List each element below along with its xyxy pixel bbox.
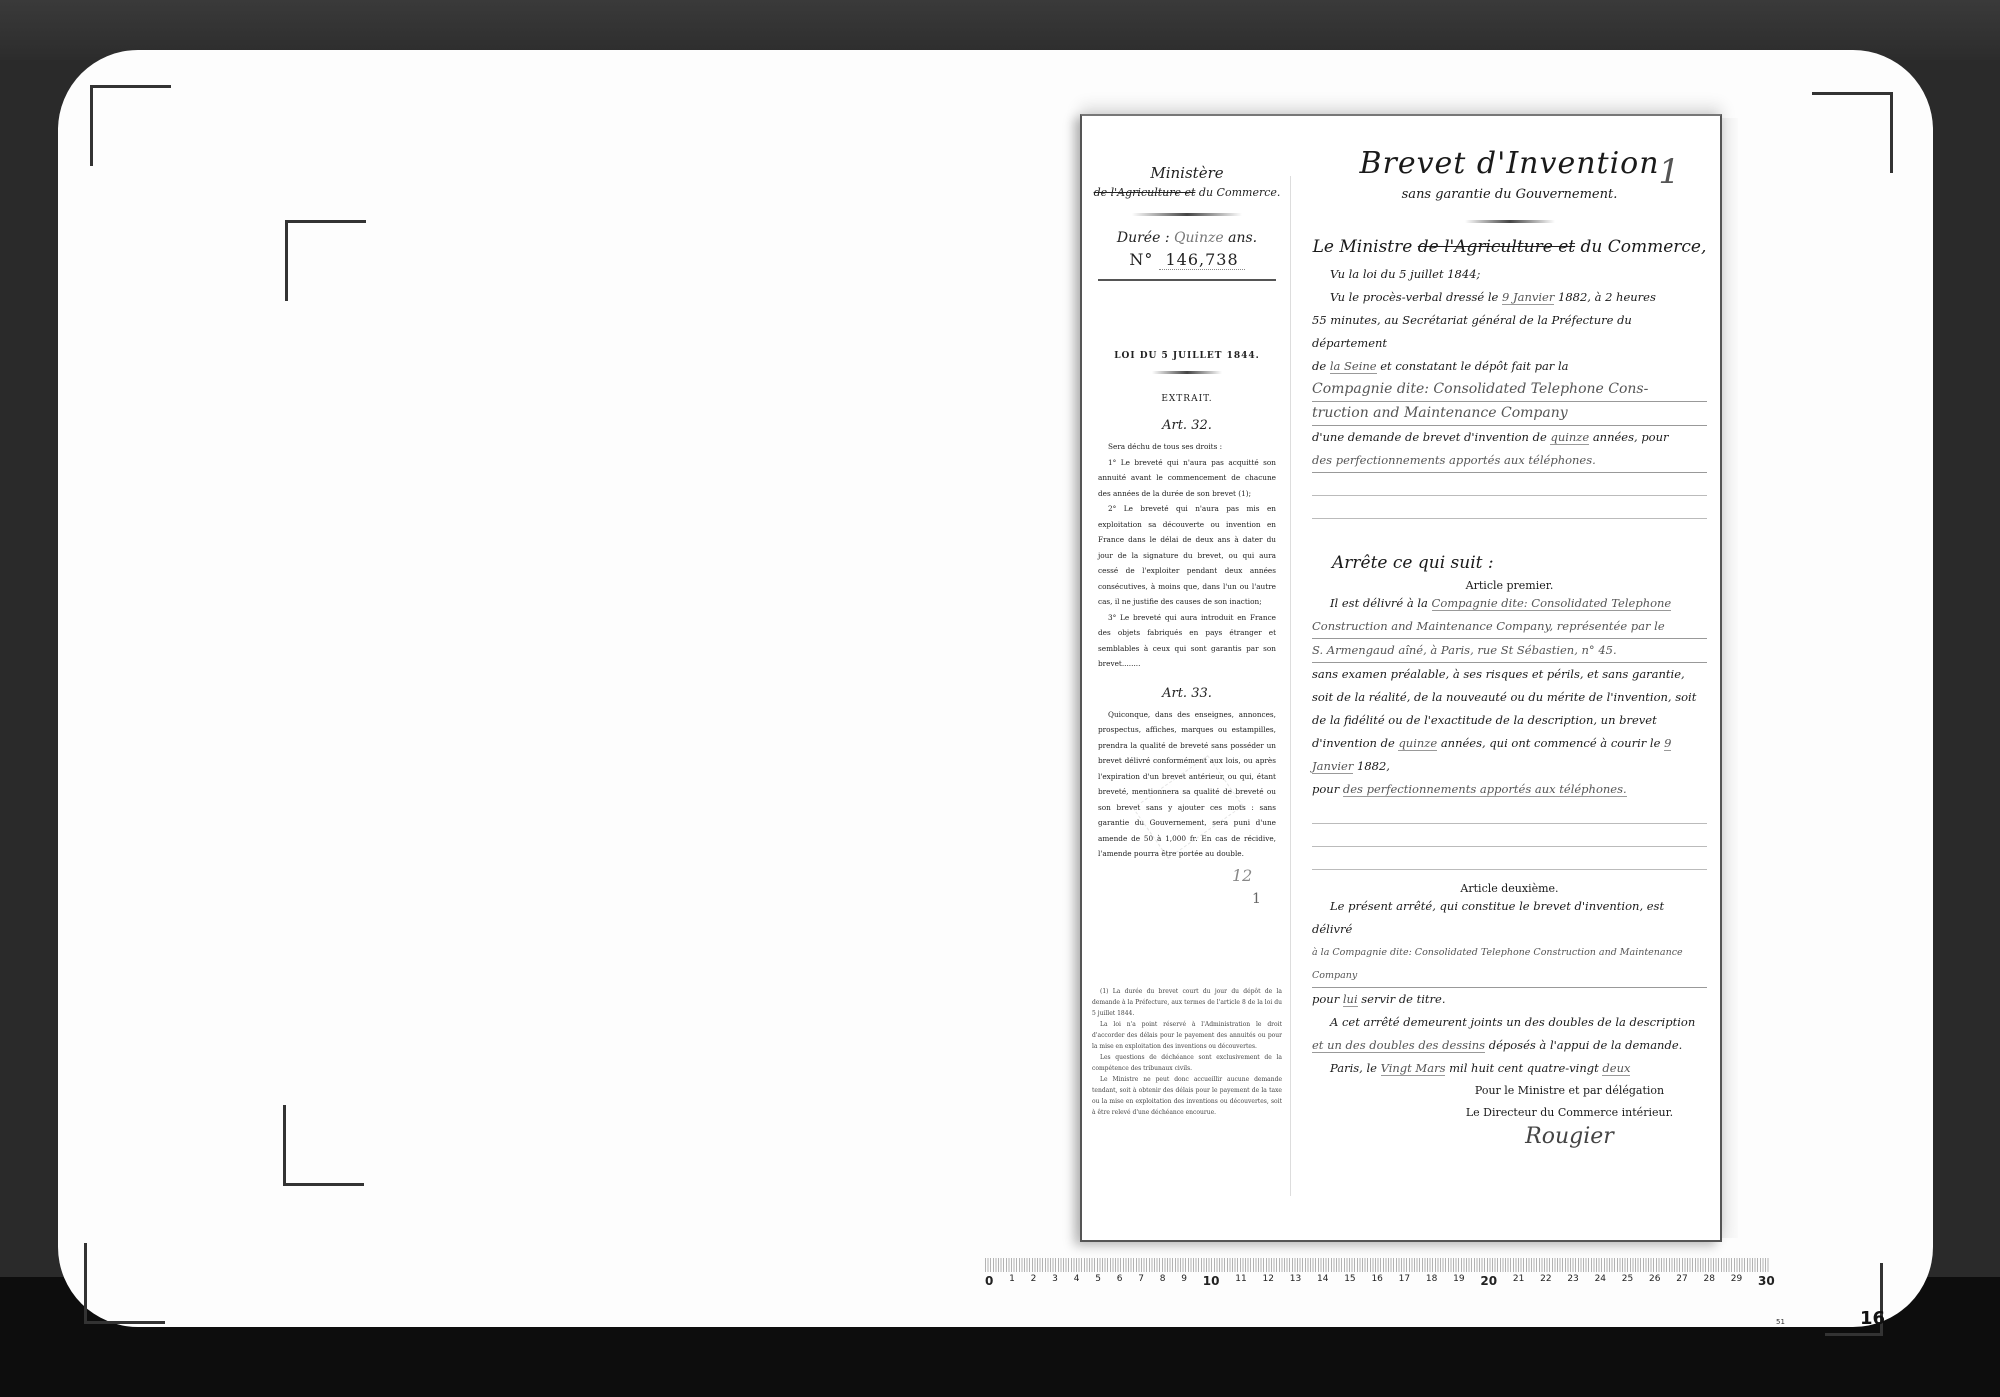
a1-prefix: Il est délivré à la xyxy=(1330,596,1428,610)
document-subtitle: sans garantie du Gouvernement. xyxy=(1312,187,1707,202)
patent-number: N° 146,738 xyxy=(1092,250,1282,269)
measurement-ruler: 0123456789101112131415161718192021222324… xyxy=(985,1258,1770,1298)
ruler-tick-label: 11 xyxy=(1235,1274,1246,1288)
a2-text: Le présent arrêté, qui constitue le brev… xyxy=(1312,895,1707,941)
ruler-tick-label: 28 xyxy=(1704,1274,1715,1288)
ruler-tick-label: 2 xyxy=(1031,1274,1037,1288)
footnote: Le Ministre ne peut donc accueillir aucu… xyxy=(1092,1074,1282,1118)
numero-value: 146,738 xyxy=(1159,250,1244,270)
article1-title: Article premier. xyxy=(1312,579,1707,592)
crop-mark-outer-top-right xyxy=(1812,92,1893,173)
crop-mark-inner-bottom-left xyxy=(283,1105,364,1186)
a1-line: Il est délivré à la Compagnie dite: Cons… xyxy=(1312,592,1707,615)
a1-address: S. Armengaud aîné, à Paris, rue St Sébas… xyxy=(1312,639,1707,663)
art32-para: Sera déchu de tous ses droits : xyxy=(1098,439,1276,455)
article2-body: Le présent arrêté, qui constitue le brev… xyxy=(1312,895,1707,1080)
invention-object: des perfectionnements apportés aux télép… xyxy=(1312,449,1707,473)
blank-line xyxy=(1312,847,1707,870)
ruler-ticks xyxy=(985,1258,1770,1272)
blank-line xyxy=(1312,824,1707,847)
ruler-tick-label: 7 xyxy=(1138,1274,1144,1288)
a2-titre-line: pour lui servir de titre. xyxy=(1312,988,1707,1011)
ruler-tick-label: 6 xyxy=(1117,1274,1123,1288)
date-text: mil huit cent quatre-vingt xyxy=(1449,1061,1599,1075)
blank-line xyxy=(1312,801,1707,824)
duree-unit: ans. xyxy=(1228,230,1257,246)
ministry-rest: du Commerce. xyxy=(1199,186,1280,199)
applicant-line: Compagnie dite: Consolidated Telephone C… xyxy=(1312,378,1707,402)
duree-label: Durée : xyxy=(1117,230,1170,246)
deposit-year-time: 1882, à 2 heures xyxy=(1558,290,1656,304)
a1-pour: pour xyxy=(1312,782,1339,796)
pencil-annotation: 12 xyxy=(1232,866,1252,885)
article2-title: Article deuxième. xyxy=(1312,882,1707,895)
crop-mark-inner-top-left xyxy=(285,220,366,301)
art32-text: Sera déchu de tous ses droits : 1° Le br… xyxy=(1092,439,1282,672)
ruler-tick-label: 21 xyxy=(1513,1274,1524,1288)
ruler-tick-label: 30 xyxy=(1758,1274,1775,1288)
vu-pv-line: Vu le procès-verbal dressé le 9 Janvier … xyxy=(1312,286,1707,309)
ruler-tick-label: 1 xyxy=(1009,1274,1015,1288)
numero-label: N° xyxy=(1129,250,1153,269)
art33-title: Art. 33. xyxy=(1092,686,1282,701)
patent-document: Ministère de l'Agriculture et du Commerc… xyxy=(1080,114,1722,1242)
a2-fill-line: et un des doubles des dessins déposés à … xyxy=(1312,1034,1707,1057)
crop-mark-outer-top-left xyxy=(90,85,171,166)
left-column: Ministère de l'Agriculture et du Commerc… xyxy=(1092,164,1282,862)
art32-para: 3° Le breveté qui aura introduit en Fran… xyxy=(1098,610,1276,672)
footnote: Les questions de déchéance sont exclusiv… xyxy=(1092,1052,1282,1074)
preamble: Vu la loi du 5 juillet 1844; Vu le procè… xyxy=(1312,263,1707,519)
ruler-tick-label: 0 xyxy=(985,1274,993,1288)
a1-object-line: pour des perfectionnements apportés aux … xyxy=(1312,778,1707,801)
a2-pour: pour xyxy=(1312,992,1339,1006)
divider xyxy=(1098,279,1276,281)
a1-text2: années, qui ont commencé à courir le xyxy=(1441,736,1661,750)
date-value: Vingt Mars xyxy=(1381,1061,1446,1076)
dept-line: de la Seine et constatant le dépôt fait … xyxy=(1312,355,1707,378)
scan-code: 51 xyxy=(1776,1318,1785,1326)
a2-titre: servir de titre. xyxy=(1361,992,1445,1006)
signature: Rougier xyxy=(1432,1124,1707,1149)
ruler-tick-label: 25 xyxy=(1622,1274,1633,1288)
ruler-tick-label: 29 xyxy=(1731,1274,1742,1288)
a1-year: 1882, xyxy=(1357,759,1390,773)
document-title: Brevet d'Invention xyxy=(1312,146,1707,181)
signature-block: Pour le Ministre et par délégation Le Di… xyxy=(1432,1080,1707,1124)
dept-value: la Seine xyxy=(1330,359,1377,374)
a2-lui: lui xyxy=(1343,992,1358,1007)
art32-para: 2° Le breveté qui n'aura pas mis en expl… xyxy=(1098,501,1276,610)
a1-company: Compagnie dite: Consolidated Telephone xyxy=(1432,596,1672,611)
footnote: (1) La durée du brevet court du jour du … xyxy=(1092,986,1282,1019)
art32-para: 1° Le breveté qui n'aura pas acquitté so… xyxy=(1098,455,1276,502)
a2-text: A cet arrêté demeurent joints un des dou… xyxy=(1312,1011,1707,1034)
crop-mark-outer-bottom-left xyxy=(84,1243,165,1324)
main-column: Brevet d'Invention sans garantie du Gouv… xyxy=(1312,146,1707,1149)
ruler-tick-label: 15 xyxy=(1344,1274,1355,1288)
ministry-struck: de l'Agriculture et xyxy=(1094,186,1196,199)
blank-line xyxy=(1312,496,1707,519)
ruler-tick-label: 3 xyxy=(1052,1274,1058,1288)
ruler-tick-label: 8 xyxy=(1160,1274,1166,1288)
minister-rest: du Commerce, xyxy=(1581,237,1707,257)
date-year: deux xyxy=(1602,1061,1630,1076)
ornament-divider xyxy=(1465,220,1555,223)
duree-line: Durée : Quinze ans. xyxy=(1092,230,1282,246)
ruler-tick-label: 26 xyxy=(1649,1274,1660,1288)
ornament-divider xyxy=(1132,213,1242,216)
extrait-label: EXTRAIT. xyxy=(1092,394,1282,404)
a1-object: des perfectionnements apportés aux télép… xyxy=(1343,782,1627,797)
vu-loi: Vu la loi du 5 juillet 1844; xyxy=(1312,263,1707,286)
article1-body: Il est délivré à la Compagnie dite: Cons… xyxy=(1312,592,1707,870)
a1-text: sans examen préalable, à ses risques et … xyxy=(1312,663,1707,778)
demande-duration: quinze xyxy=(1550,430,1589,445)
minister-line: Le Ministre de l'Agriculture et du Comme… xyxy=(1312,237,1707,257)
footnote: La loi n'a point réservé à l'Administrat… xyxy=(1092,1019,1282,1052)
applicant-line: truction and Maintenance Company xyxy=(1312,402,1707,426)
blank-line xyxy=(1312,473,1707,496)
sign-line: Pour le Ministre et par délégation xyxy=(1432,1080,1707,1102)
duree-value: Quinze xyxy=(1174,230,1224,246)
ministry-name: de l'Agriculture et du Commerce. xyxy=(1092,186,1282,199)
ruler-tick-label: 19 xyxy=(1453,1274,1464,1288)
a2-text3: déposés à l'appui de la demande. xyxy=(1489,1038,1683,1052)
a2-company: à la Compagnie dite: Consolidated Teleph… xyxy=(1312,941,1707,988)
ruler-labels: 0123456789101112131415161718192021222324… xyxy=(985,1274,1775,1288)
loi-title: LOI DU 5 JUILLET 1844. xyxy=(1092,351,1282,361)
a1-company: Construction and Maintenance Company, re… xyxy=(1312,615,1707,639)
date-line: Paris, le Vingt Mars mil huit cent quatr… xyxy=(1312,1057,1707,1080)
date-prefix: Paris, le xyxy=(1330,1061,1377,1075)
vu-pv-prefix: Vu le procès-verbal dressé le xyxy=(1330,290,1498,304)
deposit-date: 9 Janvier xyxy=(1502,290,1554,305)
ruler-tick-label: 14 xyxy=(1317,1274,1328,1288)
dept-prefix: de xyxy=(1312,359,1326,373)
art32-title: Art. 32. xyxy=(1092,418,1282,433)
arrete-heading: Arrête ce qui suit : xyxy=(1332,553,1707,573)
demande-line: d'une demande de brevet d'invention de q… xyxy=(1312,426,1707,449)
ruler-tick-label: 17 xyxy=(1399,1274,1410,1288)
column-divider xyxy=(1290,176,1291,1196)
minutes-line: 55 minutes, au Secrétariat général de la… xyxy=(1312,309,1707,355)
ruler-tick-label: 13 xyxy=(1290,1274,1301,1288)
ruler-tick-label: 27 xyxy=(1676,1274,1687,1288)
ruler-tick-label: 20 xyxy=(1480,1274,1497,1288)
ministere-label: Ministère xyxy=(1092,164,1282,182)
demande-prefix: d'une demande de brevet d'invention de xyxy=(1312,430,1547,444)
ruler-tick-label: 24 xyxy=(1595,1274,1606,1288)
a2-fill: et un des doubles des dessins xyxy=(1312,1038,1485,1053)
minister-struck: de l'Agriculture et xyxy=(1418,237,1575,257)
ruler-tick-label: 22 xyxy=(1540,1274,1551,1288)
ruler-tick-label: 18 xyxy=(1426,1274,1437,1288)
footnotes: (1) La durée du brevet court du jour du … xyxy=(1092,986,1282,1118)
ruler-tick-label: 23 xyxy=(1567,1274,1578,1288)
ornament-divider xyxy=(1152,371,1222,374)
ruler-tick-label: 12 xyxy=(1263,1274,1274,1288)
a1-duration: quinze xyxy=(1398,736,1437,751)
sign-line: Le Directeur du Commerce intérieur. xyxy=(1432,1102,1707,1124)
depot-text: et constatant le dépôt fait par la xyxy=(1380,359,1568,373)
ruler-tick-label: 9 xyxy=(1181,1274,1187,1288)
ruler-tick-label: 10 xyxy=(1203,1274,1220,1288)
sheet-number: 16 xyxy=(1860,1308,1885,1329)
minister-prefix: Le Ministre xyxy=(1313,237,1413,257)
demande-suffix: années, pour xyxy=(1593,430,1669,444)
ruler-tick-label: 5 xyxy=(1095,1274,1101,1288)
pencil-annotation: 1 xyxy=(1252,891,1261,907)
ruler-tick-label: 4 xyxy=(1074,1274,1080,1288)
ruler-tick-label: 16 xyxy=(1371,1274,1382,1288)
